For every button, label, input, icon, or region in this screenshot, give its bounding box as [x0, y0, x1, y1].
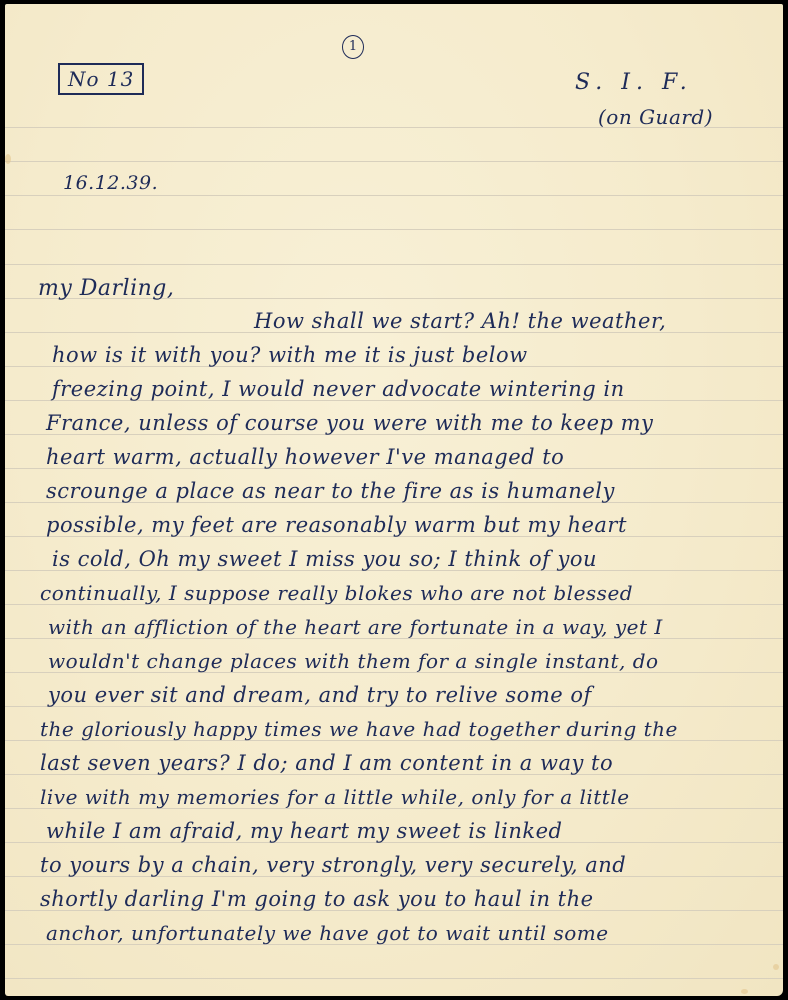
body-line: How shall we start? Ah! the weather,: [254, 309, 666, 333]
body-line: continually, I suppose really blokes who…: [40, 581, 633, 605]
paper-stain: [741, 989, 748, 994]
body-line: is cold, Oh my sweet I miss you so; I th…: [52, 547, 597, 571]
ruled-line: [5, 978, 783, 979]
letter-number-box: No 13: [58, 63, 144, 95]
body-line: shortly darling I'm going to ask you to …: [40, 887, 594, 911]
ruled-line: [5, 161, 783, 162]
body-line: France, unless of course you were with m…: [46, 411, 653, 435]
body-line: how is it with you? with me it is just b…: [52, 343, 528, 367]
letter-date: 16.12.39.: [63, 172, 158, 194]
body-line: anchor, unfortunately we have got to wai…: [46, 921, 609, 945]
body-line: freezing point, I would never advocate w…: [52, 377, 625, 401]
ruled-line: [5, 264, 783, 265]
ruled-line: [5, 195, 783, 196]
page-number: 1: [342, 35, 364, 59]
body-line: while I am afraid, my heart my sweet is …: [46, 819, 562, 843]
paper-stain: [5, 154, 11, 164]
address-line-2: (on Guard): [598, 105, 713, 129]
body-line: you ever sit and dream, and try to reliv…: [48, 683, 592, 707]
body-line: possible, my feet are reasonably warm bu…: [46, 513, 627, 537]
body-line: with an affliction of the heart are fort…: [48, 615, 663, 639]
body-line: heart warm, actually however I've manage…: [46, 445, 564, 469]
body-line: wouldn't change places with them for a s…: [48, 649, 659, 673]
body-line: live with my memories for a little while…: [40, 785, 630, 809]
body-line: last seven years? I do; and I am content…: [40, 751, 613, 775]
body-line: to yours by a chain, very strongly, very…: [40, 853, 626, 877]
paper-stain: [773, 964, 779, 970]
ruled-line: [5, 229, 783, 230]
body-line: scrounge a place as near to the fire as …: [46, 479, 615, 503]
salutation: my Darling,: [38, 276, 174, 301]
body-line: the gloriously happy times we have had t…: [40, 717, 678, 741]
address-line-1: S. I. F.: [575, 70, 693, 95]
